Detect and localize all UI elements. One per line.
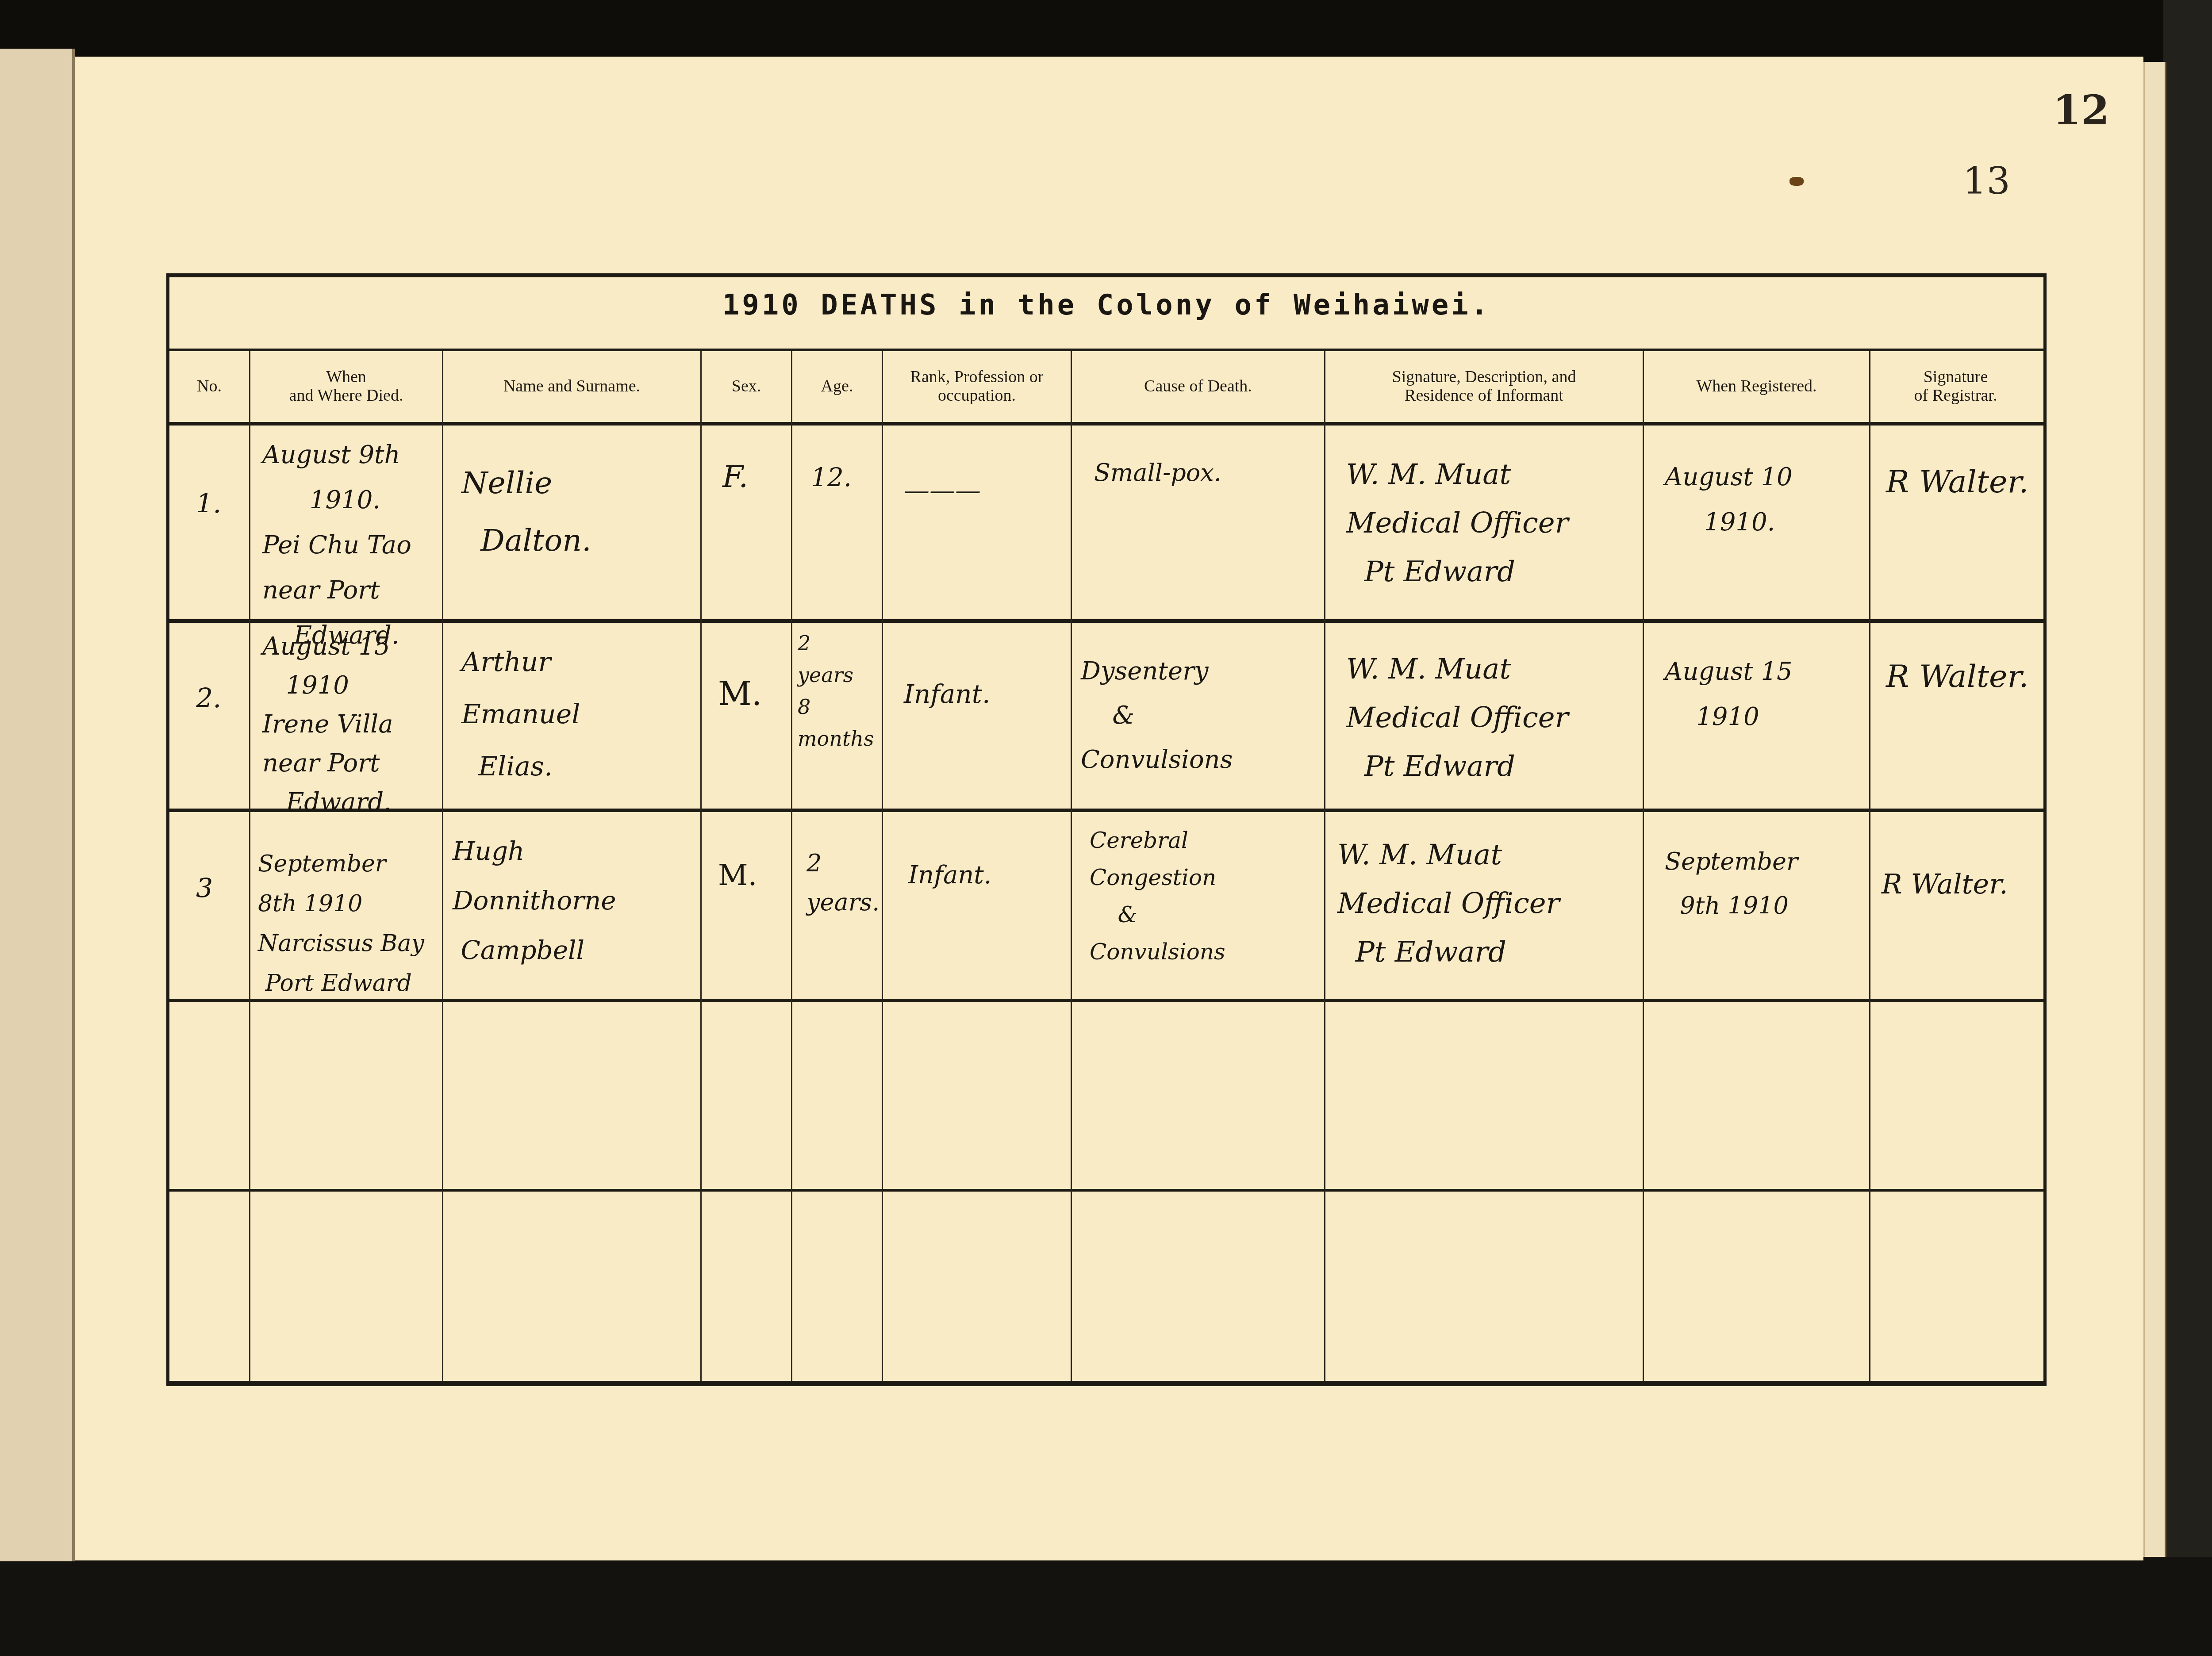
register-title: 1910 DEATHS in the Colony of Weihaiwei.	[169, 289, 2043, 322]
header-label: Signature, Description, and Residence of…	[1392, 368, 1576, 405]
row-rule-4	[169, 1189, 2043, 1192]
entry-3-cause: Cerebral Congestion & Convulsions	[1090, 822, 1225, 970]
col-rule	[700, 351, 702, 1381]
entry-1-registrar: R Walter.	[1886, 459, 2029, 504]
entry-3-sex: M.	[718, 853, 757, 898]
entry-1-sex: F.	[722, 455, 748, 500]
entry-1-informant: W. M. Muat Medical Officer Pt Edward	[1346, 450, 1568, 596]
header-occupation: Rank, Profession or occupation.	[883, 349, 1071, 422]
entry-3-no: 3	[196, 866, 213, 911]
entry-1-registered: August 10 1910.	[1665, 455, 1793, 545]
entry-2-cause: Dysentery & Convulsions	[1081, 649, 1233, 782]
row-rule-3	[169, 999, 2043, 1002]
table-bottom-rule	[169, 1381, 2043, 1386]
header-when-where: When and Where Died.	[250, 349, 442, 422]
row-rule-1	[169, 619, 2043, 623]
col-rule	[1324, 351, 1325, 1381]
page-number: 12	[2053, 86, 2109, 134]
entry-2-occupation: Infant.	[904, 671, 990, 717]
entry-2-registrar: R Walter.	[1886, 654, 2029, 699]
header-label: Name and Surname.	[503, 377, 640, 395]
table-top-rule	[169, 273, 2043, 277]
entry-2-sex: M.	[718, 671, 762, 717]
header-registrar: Signature of Registrar.	[1870, 349, 2041, 422]
col-rule	[249, 351, 250, 1381]
header-name: Name and Surname.	[443, 349, 700, 422]
entry-1-cause: Small-pox.	[1094, 450, 1221, 495]
entry-2-name: Arthur Emanuel Elias.	[461, 636, 580, 793]
entry-1-occupation: ———	[904, 468, 981, 513]
col-rule	[442, 351, 443, 1381]
deaths-register-table: 1910 DEATHS in the Colony of Weihaiwei. …	[166, 273, 2047, 1386]
header-label: When Registered.	[1696, 377, 1816, 395]
col-rule	[791, 351, 792, 1381]
entry-3-name: Hugh Donnithorne Campbell	[453, 826, 616, 975]
entry-1-name: Nellie Dalton.	[461, 455, 591, 570]
entry-1-no: 1.	[196, 481, 221, 526]
page-stack-edge	[2143, 62, 2166, 1557]
col-rule	[1643, 351, 1644, 1381]
entry-1-age: 12.	[811, 455, 852, 500]
header-label: Cause of Death.	[1144, 377, 1252, 395]
entry-2-no: 2.	[196, 676, 221, 721]
book-cover-right	[2163, 0, 2212, 1656]
entry-3-informant: W. M. Muat Medical Officer Pt Edward	[1337, 831, 1559, 977]
header-label: Sex.	[732, 377, 761, 395]
row-rule-2	[169, 809, 2043, 812]
header-sex: Sex.	[702, 349, 791, 422]
header-label: When and Where Died.	[289, 368, 403, 405]
header-informant: Signature, Description, and Residence of…	[1325, 349, 1643, 422]
book-cover-bottom	[0, 1557, 2212, 1656]
header-rule	[169, 422, 2043, 425]
entry-1-when-where: August 9th 1910. Pei Chu Tao near Port E…	[262, 433, 411, 658]
entry-3-registrar: R Walter.	[1882, 862, 2008, 907]
col-rule	[882, 351, 883, 1381]
col-rule	[1071, 351, 1072, 1381]
entry-2-informant: W. M. Muat Medical Officer Pt Edward	[1346, 645, 1568, 791]
header-label: Signature of Registrar.	[1914, 368, 1997, 405]
ink-blot	[1790, 177, 1804, 186]
entry-3-registered: September 9th 1910	[1665, 839, 1798, 928]
header-no: No.	[169, 349, 249, 422]
entry-3-occupation: Infant.	[908, 853, 992, 898]
page-number-secondary: 13	[1963, 159, 2010, 203]
header-label: Age.	[821, 377, 853, 395]
entry-2-registered: August 15 1910	[1665, 649, 1793, 740]
col-rule	[1869, 351, 1870, 1381]
entry-3-when-where: September 8th 1910 Narcissus Bay Port Ed…	[258, 844, 424, 1003]
entry-2-age: 2 years 8 months	[798, 627, 874, 755]
header-age: Age.	[792, 349, 882, 422]
header-cause: Cause of Death.	[1072, 349, 1324, 422]
entry-3-age: 2 years.	[806, 844, 879, 922]
header-registered: When Registered.	[1644, 349, 1869, 422]
header-label: No.	[197, 377, 222, 395]
entry-2-when-where: August 15 1910 Irene Villa near Port Edw…	[262, 627, 393, 822]
left-page-edge	[0, 49, 75, 1561]
book-cover-top	[0, 0, 2212, 62]
header-label: Rank, Profession or occupation.	[910, 368, 1044, 405]
